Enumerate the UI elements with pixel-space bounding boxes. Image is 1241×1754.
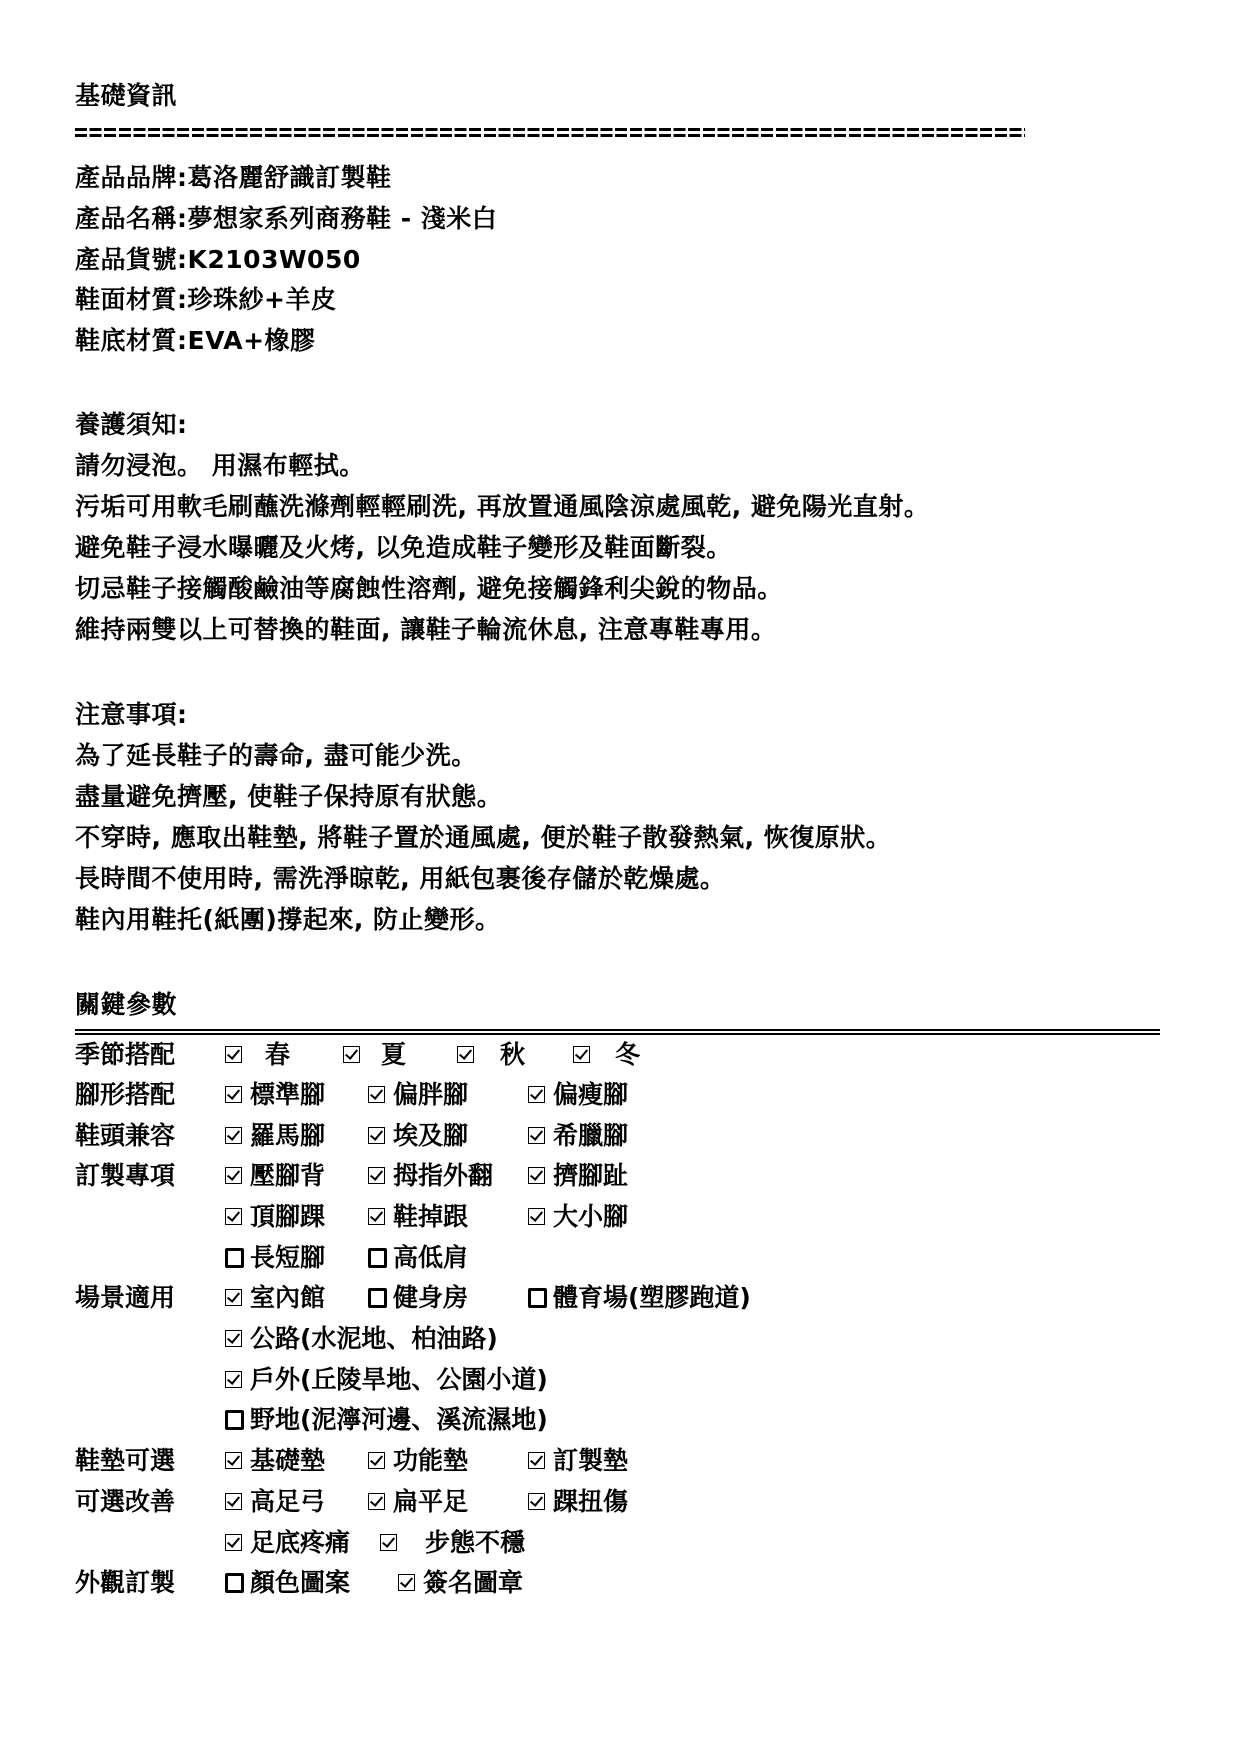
- param-option-label: 標準腳: [250, 1080, 325, 1110]
- param-option-label: 夏: [381, 1040, 406, 1070]
- field-sku: 產品貨號:K2103W050: [75, 245, 361, 275]
- checked-checkbox-icon[interactable]: [368, 1493, 385, 1510]
- param-option-label: 高低肩: [393, 1243, 468, 1273]
- param-option-label: 埃及腳: [393, 1121, 468, 1151]
- field-label: 鞋底材質: [75, 326, 177, 355]
- checked-checkbox-icon[interactable]: [225, 1330, 242, 1347]
- param-option-label: 秋: [500, 1040, 525, 1070]
- param-option-label: 步態不穩: [425, 1528, 525, 1558]
- checked-checkbox-icon[interactable]: [528, 1493, 545, 1510]
- param-option-label: 鞋掉跟: [393, 1202, 468, 1232]
- notes-line: 不穿時, 應取出鞋墊, 將鞋子置於通風處, 便於鞋子散發熱氣, 恢復原狀。: [75, 823, 891, 853]
- param-option-label: 體育場(塑膠跑道): [553, 1283, 751, 1313]
- care-line: 避免鞋子浸水曝曬及火烤, 以免造成鞋子變形及鞋面斷裂。: [75, 533, 732, 563]
- param-option-label: 公路(水泥地、柏油路): [250, 1324, 498, 1354]
- field-value: EVA+橡膠: [188, 326, 316, 355]
- checked-checkbox-icon[interactable]: [380, 1534, 397, 1551]
- checked-checkbox-icon[interactable]: [343, 1046, 360, 1063]
- field-label: 產品名稱: [75, 204, 177, 233]
- double-rule: [75, 1029, 1160, 1035]
- param-option-label: 長短腳: [250, 1243, 325, 1273]
- checked-checkbox-icon[interactable]: [225, 1046, 242, 1063]
- field-upper-material: 鞋面材質:珍珠紗+羊皮: [75, 285, 336, 315]
- care-line: 請勿浸泡。 用濕布輕拭。: [75, 451, 365, 481]
- section-title-params: 關鍵參數: [75, 990, 177, 1020]
- unchecked-checkbox-icon[interactable]: [225, 1248, 244, 1268]
- param-row-label: 季節搭配: [75, 1040, 175, 1070]
- param-row-label: 可選改善: [75, 1487, 175, 1517]
- separator-line: [75, 128, 1025, 138]
- param-option-label: 訂製墊: [553, 1446, 628, 1476]
- care-line: 污垢可用軟毛刷蘸洗滌劑輕輕刷洗, 再放置通風陰涼處風乾, 避免陽光直射。: [75, 492, 929, 522]
- checked-checkbox-icon[interactable]: [368, 1208, 385, 1225]
- unchecked-checkbox-icon[interactable]: [368, 1248, 387, 1268]
- param-option-label: 春: [265, 1040, 290, 1070]
- checked-checkbox-icon[interactable]: [225, 1371, 242, 1388]
- checked-checkbox-icon[interactable]: [573, 1046, 590, 1063]
- checked-checkbox-icon[interactable]: [457, 1046, 474, 1063]
- section-title-notes: 注意事項:: [75, 700, 188, 730]
- param-option-label: 羅馬腳: [250, 1121, 325, 1151]
- param-option-label: 功能墊: [393, 1446, 468, 1476]
- param-option-label: 健身房: [393, 1283, 468, 1313]
- field-sole-material: 鞋底材質:EVA+橡膠: [75, 326, 316, 356]
- field-value: K2103W050: [188, 245, 361, 274]
- notes-line: 盡量避免擠壓, 使鞋子保持原有狀態。: [75, 782, 502, 812]
- param-option-label: 室內館: [250, 1283, 325, 1313]
- checked-checkbox-icon[interactable]: [528, 1086, 545, 1103]
- checked-checkbox-icon[interactable]: [528, 1208, 545, 1225]
- param-option-label: 希臘腳: [553, 1121, 628, 1151]
- checked-checkbox-icon[interactable]: [225, 1289, 242, 1306]
- param-row-label: 場景適用: [75, 1283, 175, 1313]
- checked-checkbox-icon[interactable]: [225, 1086, 242, 1103]
- checked-checkbox-icon[interactable]: [368, 1167, 385, 1184]
- checked-checkbox-icon[interactable]: [528, 1127, 545, 1144]
- section-title-basic-info: 基礎資訊: [75, 81, 177, 111]
- param-option-label: 偏瘦腳: [553, 1080, 628, 1110]
- param-option-label: 野地(泥濘河邊、溪流濕地): [250, 1405, 548, 1435]
- section-title-care: 養護須知:: [75, 410, 188, 440]
- checked-checkbox-icon[interactable]: [398, 1574, 415, 1591]
- param-option-label: 扁平足: [393, 1487, 468, 1517]
- care-line: 切忌鞋子接觸酸鹼油等腐蝕性溶劑, 避免接觸鋒利尖銳的物品。: [75, 574, 783, 604]
- field-label: 產品品牌: [75, 163, 177, 192]
- checked-checkbox-icon[interactable]: [225, 1208, 242, 1225]
- param-option-label: 簽名圖章: [423, 1568, 523, 1598]
- care-line: 維持兩雙以上可替換的鞋面, 讓鞋子輪流休息, 注意專鞋專用。: [75, 615, 776, 645]
- param-option-label: 偏胖腳: [393, 1080, 468, 1110]
- param-option-label: 冬: [615, 1040, 640, 1070]
- notes-line: 為了延長鞋子的壽命, 盡可能少洗。: [75, 741, 477, 771]
- unchecked-checkbox-icon[interactable]: [225, 1410, 244, 1430]
- param-option-label: 擠腳趾: [553, 1161, 628, 1191]
- field-product-name: 產品名稱:夢想家系列商務鞋 - 淺米白: [75, 204, 497, 234]
- param-option-label: 足底疼痛: [250, 1528, 350, 1558]
- field-value: 珍珠紗+羊皮: [188, 285, 337, 314]
- param-option-label: 拇指外翻: [393, 1161, 493, 1191]
- param-option-label: 踝扭傷: [553, 1487, 628, 1517]
- checked-checkbox-icon[interactable]: [528, 1167, 545, 1184]
- checked-checkbox-icon[interactable]: [225, 1127, 242, 1144]
- field-label: 鞋面材質: [75, 285, 177, 314]
- param-option-label: 壓腳背: [250, 1161, 325, 1191]
- param-option-label: 大小腳: [553, 1202, 628, 1232]
- field-brand: 產品品牌:葛洛麗舒識訂製鞋: [75, 163, 392, 193]
- notes-line: 長時間不使用時, 需洗淨晾乾, 用紙包裹後存儲於乾燥處。: [75, 864, 725, 894]
- checked-checkbox-icon[interactable]: [225, 1534, 242, 1551]
- param-row-label: 鞋頭兼容: [75, 1121, 175, 1151]
- param-option-label: 頂腳踝: [250, 1202, 325, 1232]
- checked-checkbox-icon[interactable]: [368, 1452, 385, 1469]
- notes-line: 鞋內用鞋托(紙團)撐起來, 防止變形。: [75, 905, 501, 935]
- param-option-label: 顏色圖案: [250, 1568, 350, 1598]
- param-row-label: 外觀訂製: [75, 1568, 175, 1598]
- param-option-label: 戶外(丘陵旱地、公園小道): [250, 1365, 548, 1395]
- checked-checkbox-icon[interactable]: [368, 1086, 385, 1103]
- param-row-label: 腳形搭配: [75, 1080, 175, 1110]
- field-label: 產品貨號: [75, 245, 177, 274]
- param-option-label: 高足弓: [250, 1487, 325, 1517]
- checked-checkbox-icon[interactable]: [225, 1167, 242, 1184]
- field-value: 葛洛麗舒識訂製鞋: [188, 163, 392, 192]
- checked-checkbox-icon[interactable]: [528, 1452, 545, 1469]
- checked-checkbox-icon[interactable]: [368, 1127, 385, 1144]
- unchecked-checkbox-icon[interactable]: [225, 1573, 244, 1593]
- checked-checkbox-icon[interactable]: [225, 1493, 242, 1510]
- field-value: 夢想家系列商務鞋 - 淺米白: [188, 204, 498, 233]
- param-row-label: 鞋墊可選: [75, 1446, 175, 1476]
- unchecked-checkbox-icon[interactable]: [528, 1288, 547, 1308]
- unchecked-checkbox-icon[interactable]: [368, 1288, 387, 1308]
- param-row-label: 訂製專項: [75, 1161, 175, 1191]
- checked-checkbox-icon[interactable]: [225, 1452, 242, 1469]
- param-option-label: 基礎墊: [250, 1446, 325, 1476]
